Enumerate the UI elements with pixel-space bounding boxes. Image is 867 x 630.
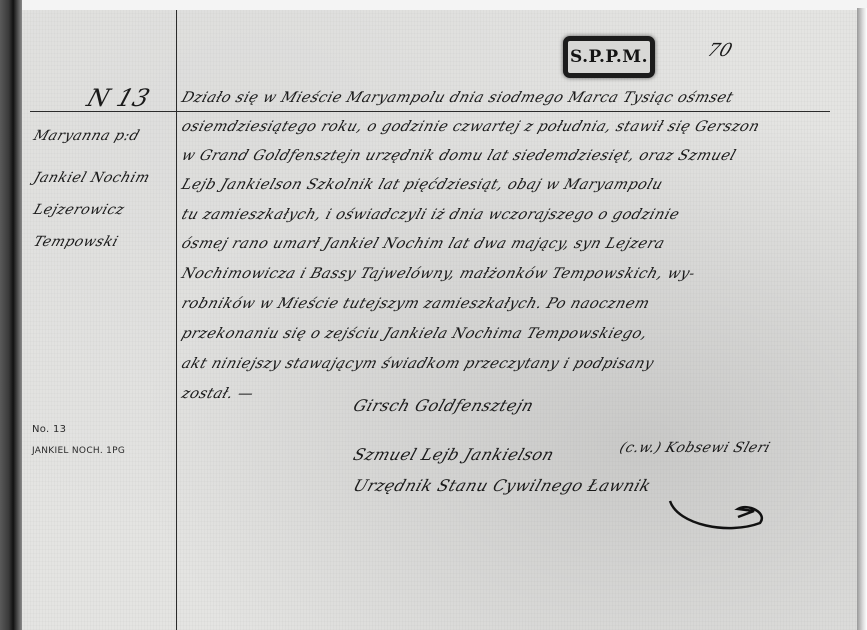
margin-name-line: Maryanna p:d	[31, 128, 141, 144]
witness-signature: Szmuel Lejb Jankielson	[351, 445, 557, 464]
margin-name-line: Lejzerowicz	[31, 202, 126, 218]
signature-flourish-icon	[668, 495, 768, 535]
record-line: tu zamieszkałych, i oświadczyli iż dnia …	[179, 207, 681, 223]
record-line: został. —	[179, 386, 255, 402]
record-line: robników w Mieście tutejszym zamieszkały…	[179, 296, 651, 312]
archive-stamp: S.P.P.M.	[563, 36, 655, 78]
record-line: Lejb Jankielson Szkolnik lat pięćdziesią…	[179, 177, 664, 193]
official-title-signature: Urzędnik Stanu Cywilnego Ławnik	[351, 476, 654, 495]
archive-number-note: No. 13	[32, 424, 66, 435]
record-line: w Grand Goldfensztejn urzędnik domu lat …	[179, 148, 738, 164]
record-line: osiemdziesiątego roku, o godzinie czwart…	[179, 119, 761, 135]
record-line: przekonaniu się o zejściu Jankiela Nochi…	[179, 326, 649, 342]
book-binding-edge	[0, 0, 22, 630]
header-rule	[30, 111, 830, 112]
record-line: Działo się w Mieście Maryampolu dnia sio…	[179, 90, 735, 106]
record-line: akt niniejszy stawającym świadkom przecz…	[179, 356, 656, 372]
record-line: Nochimowicza i Bassy Tajwelówny, małżonk…	[179, 266, 697, 282]
scan-top-margin	[20, 0, 867, 10]
entry-number: N 13	[83, 84, 153, 112]
archive-name-note: JANKIEL NOCH. 1PG	[32, 446, 125, 456]
witness-signature: Girsch Goldfensztejn	[351, 396, 537, 415]
record-line: ósmej rano umarł Jankiel Nochim lat dwa …	[179, 236, 666, 252]
margin-column-rule	[176, 10, 177, 630]
margin-name-line: Jankiel Nochim	[31, 170, 152, 186]
margin-name-line: Tempowski	[31, 234, 120, 250]
page-right-edge	[857, 8, 867, 630]
official-signature: (c.w.) Kobsewi Sleri	[617, 440, 772, 456]
